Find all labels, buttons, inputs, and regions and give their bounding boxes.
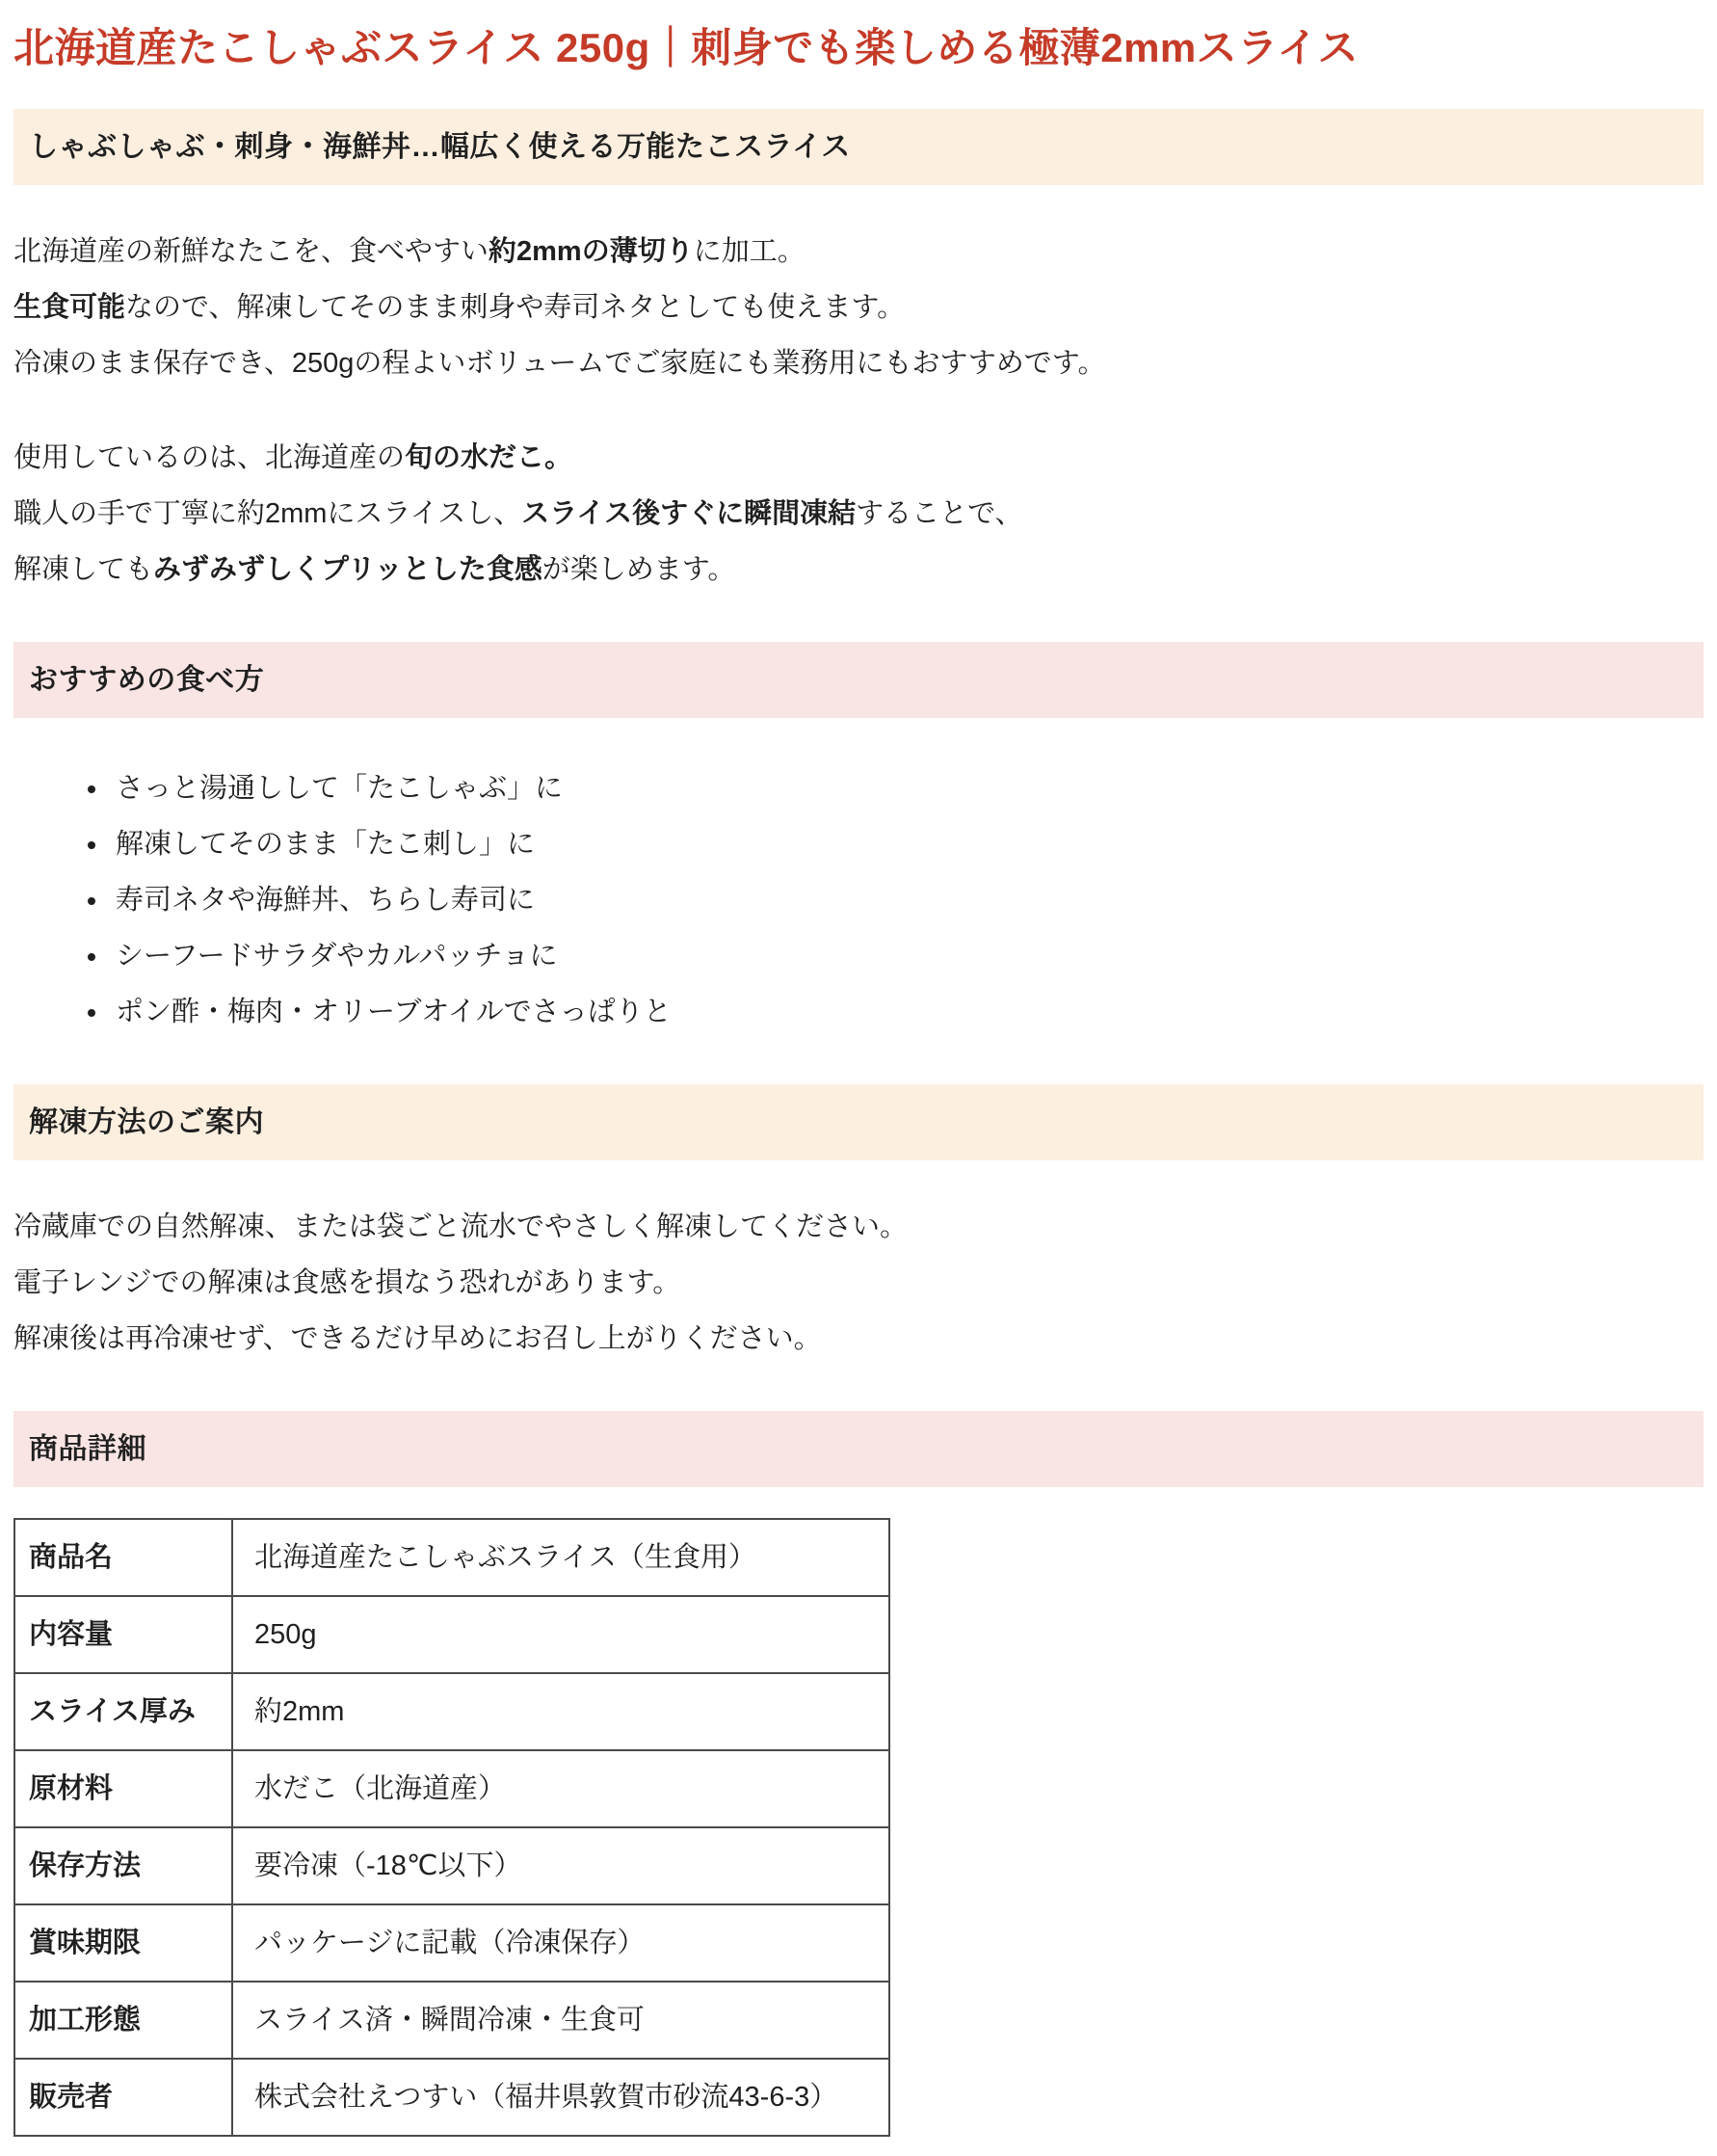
table-row: 原材料水だこ（北海道産） [14,1750,889,1827]
table-row-value: 株式会社えつすい（福井県敦賀市砂流43-6-3） [232,2059,889,2136]
table-row: 内容量250g [14,1596,889,1673]
text-line: 北海道産の新鮮なたこを、食べやすい約2mmの薄切りに加工。 [13,224,1704,279]
table-row-value: スライス済・瞬間冷凍・生食可 [232,1982,889,2059]
table-row: スライス厚み約2mm [14,1673,889,1750]
table-row-value: 250g [232,1596,889,1673]
text-line: 職人の手で丁寧に約2mmにスライスし、スライス後すぐに瞬間凍結することで、 [13,486,1704,542]
details-section-heading: 商品詳細 [13,1411,1704,1487]
text-line: 電子レンジでの解凍は食感を損なう恐れがあります。 [13,1255,1704,1311]
table-row: 賞味期限パッケージに記載（冷凍保存） [14,1904,889,1982]
text-line: 解凍してもみずみずしくプリッとした食感が楽しめます。 [13,542,1704,598]
text-line: 使用しているのは、北海道産の旬の水だこ。 [13,430,1704,486]
details-section: 商品詳細 商品名北海道産たこしゃぶスライス（生食用）内容量250gスライス厚み約… [13,1411,1704,2137]
table-row-label: 販売者 [14,2059,232,2136]
table-row: 商品名北海道産たこしゃぶスライス（生食用） [14,1519,889,1596]
list-item: 寿司ネタや海鮮丼、ちらし寿司に [110,872,1704,928]
intro-paragraph-1: 北海道産の新鮮なたこを、食べやすい約2mmの薄切りに加工。生食可能なので、解凍し… [13,224,1704,391]
table-row-value: パッケージに記載（冷凍保存） [232,1904,889,1982]
table-row-value: 水だこ（北海道産） [232,1750,889,1827]
table-row-value: 要冷凍（-18℃以下） [232,1827,889,1904]
hero-banner: しゃぶしゃぶ・刺身・海鮮丼…幅広く使える万能たこスライス [13,109,1704,185]
product-details-table: 商品名北海道産たこしゃぶスライス（生食用）内容量250gスライス厚み約2mm原材… [13,1518,890,2137]
text-line: 冷蔵庫での自然解凍、または袋ごと流水でやさしく解凍してください。 [13,1199,1704,1255]
list-item: 解凍してそのまま「たこ刺し」に [110,816,1704,872]
thawing-section: 解凍方法のご案内 冷蔵庫での自然解凍、または袋ごと流水でやさしく解凍してください… [13,1084,1704,1367]
page-title: 北海道産たこしゃぶスライス 250g｜刺身でも楽しめる極薄2mmスライス [13,21,1704,76]
table-row: 販売者株式会社えつすい（福井県敦賀市砂流43-6-3） [14,2059,889,2136]
product-description-page: 北海道産たこしゃぶスライス 250g｜刺身でも楽しめる極薄2mmスライス しゃぶ… [0,0,1717,2156]
table-row-label: 加工形態 [14,1982,232,2059]
text-line: 生食可能なので、解凍してそのまま刺身や寿司ネタとしても使えます。 [13,279,1704,335]
table-row: 保存方法要冷凍（-18℃以下） [14,1827,889,1904]
table-row-label: 賞味期限 [14,1904,232,1982]
recommended-section-heading: おすすめの食べ方 [13,642,1704,718]
list-item: ポン酢・梅肉・オリーブオイルでさっぱりと [110,984,1704,1040]
table-row-label: 原材料 [14,1750,232,1827]
text-line: 解凍後は再冷凍せず、できるだけ早めにお召し上がりください。 [13,1311,1704,1367]
table-row-label: 保存方法 [14,1827,232,1904]
table-row-value: 約2mm [232,1673,889,1750]
recommended-usage-list: さっと湯通しして「たこしゃぶ」に解凍してそのまま「たこ刺し」に寿司ネタや海鮮丼、… [13,760,1704,1040]
table-row-label: 商品名 [14,1519,232,1596]
thawing-section-heading: 解凍方法のご案内 [13,1084,1704,1160]
text-line: 冷凍のまま保存でき、250gの程よいボリュームでご家庭にも業務用にもおすすめです… [13,335,1704,391]
table-row-label: 内容量 [14,1596,232,1673]
list-item: さっと湯通しして「たこしゃぶ」に [110,760,1704,816]
intro-paragraph-2: 使用しているのは、北海道産の旬の水だこ。職人の手で丁寧に約2mmにスライスし、ス… [13,430,1704,598]
product-details-table-body: 商品名北海道産たこしゃぶスライス（生食用）内容量250gスライス厚み約2mm原材… [14,1519,889,2136]
list-item: シーフードサラダやカルパッチョに [110,928,1704,984]
table-row-value: 北海道産たこしゃぶスライス（生食用） [232,1519,889,1596]
thawing-paragraph: 冷蔵庫での自然解凍、または袋ごと流水でやさしく解凍してください。電子レンジでの解… [13,1199,1704,1367]
recommended-section: おすすめの食べ方 さっと湯通しして「たこしゃぶ」に解凍してそのまま「たこ刺し」に… [13,642,1704,1040]
table-row-label: スライス厚み [14,1673,232,1750]
table-row: 加工形態スライス済・瞬間冷凍・生食可 [14,1982,889,2059]
